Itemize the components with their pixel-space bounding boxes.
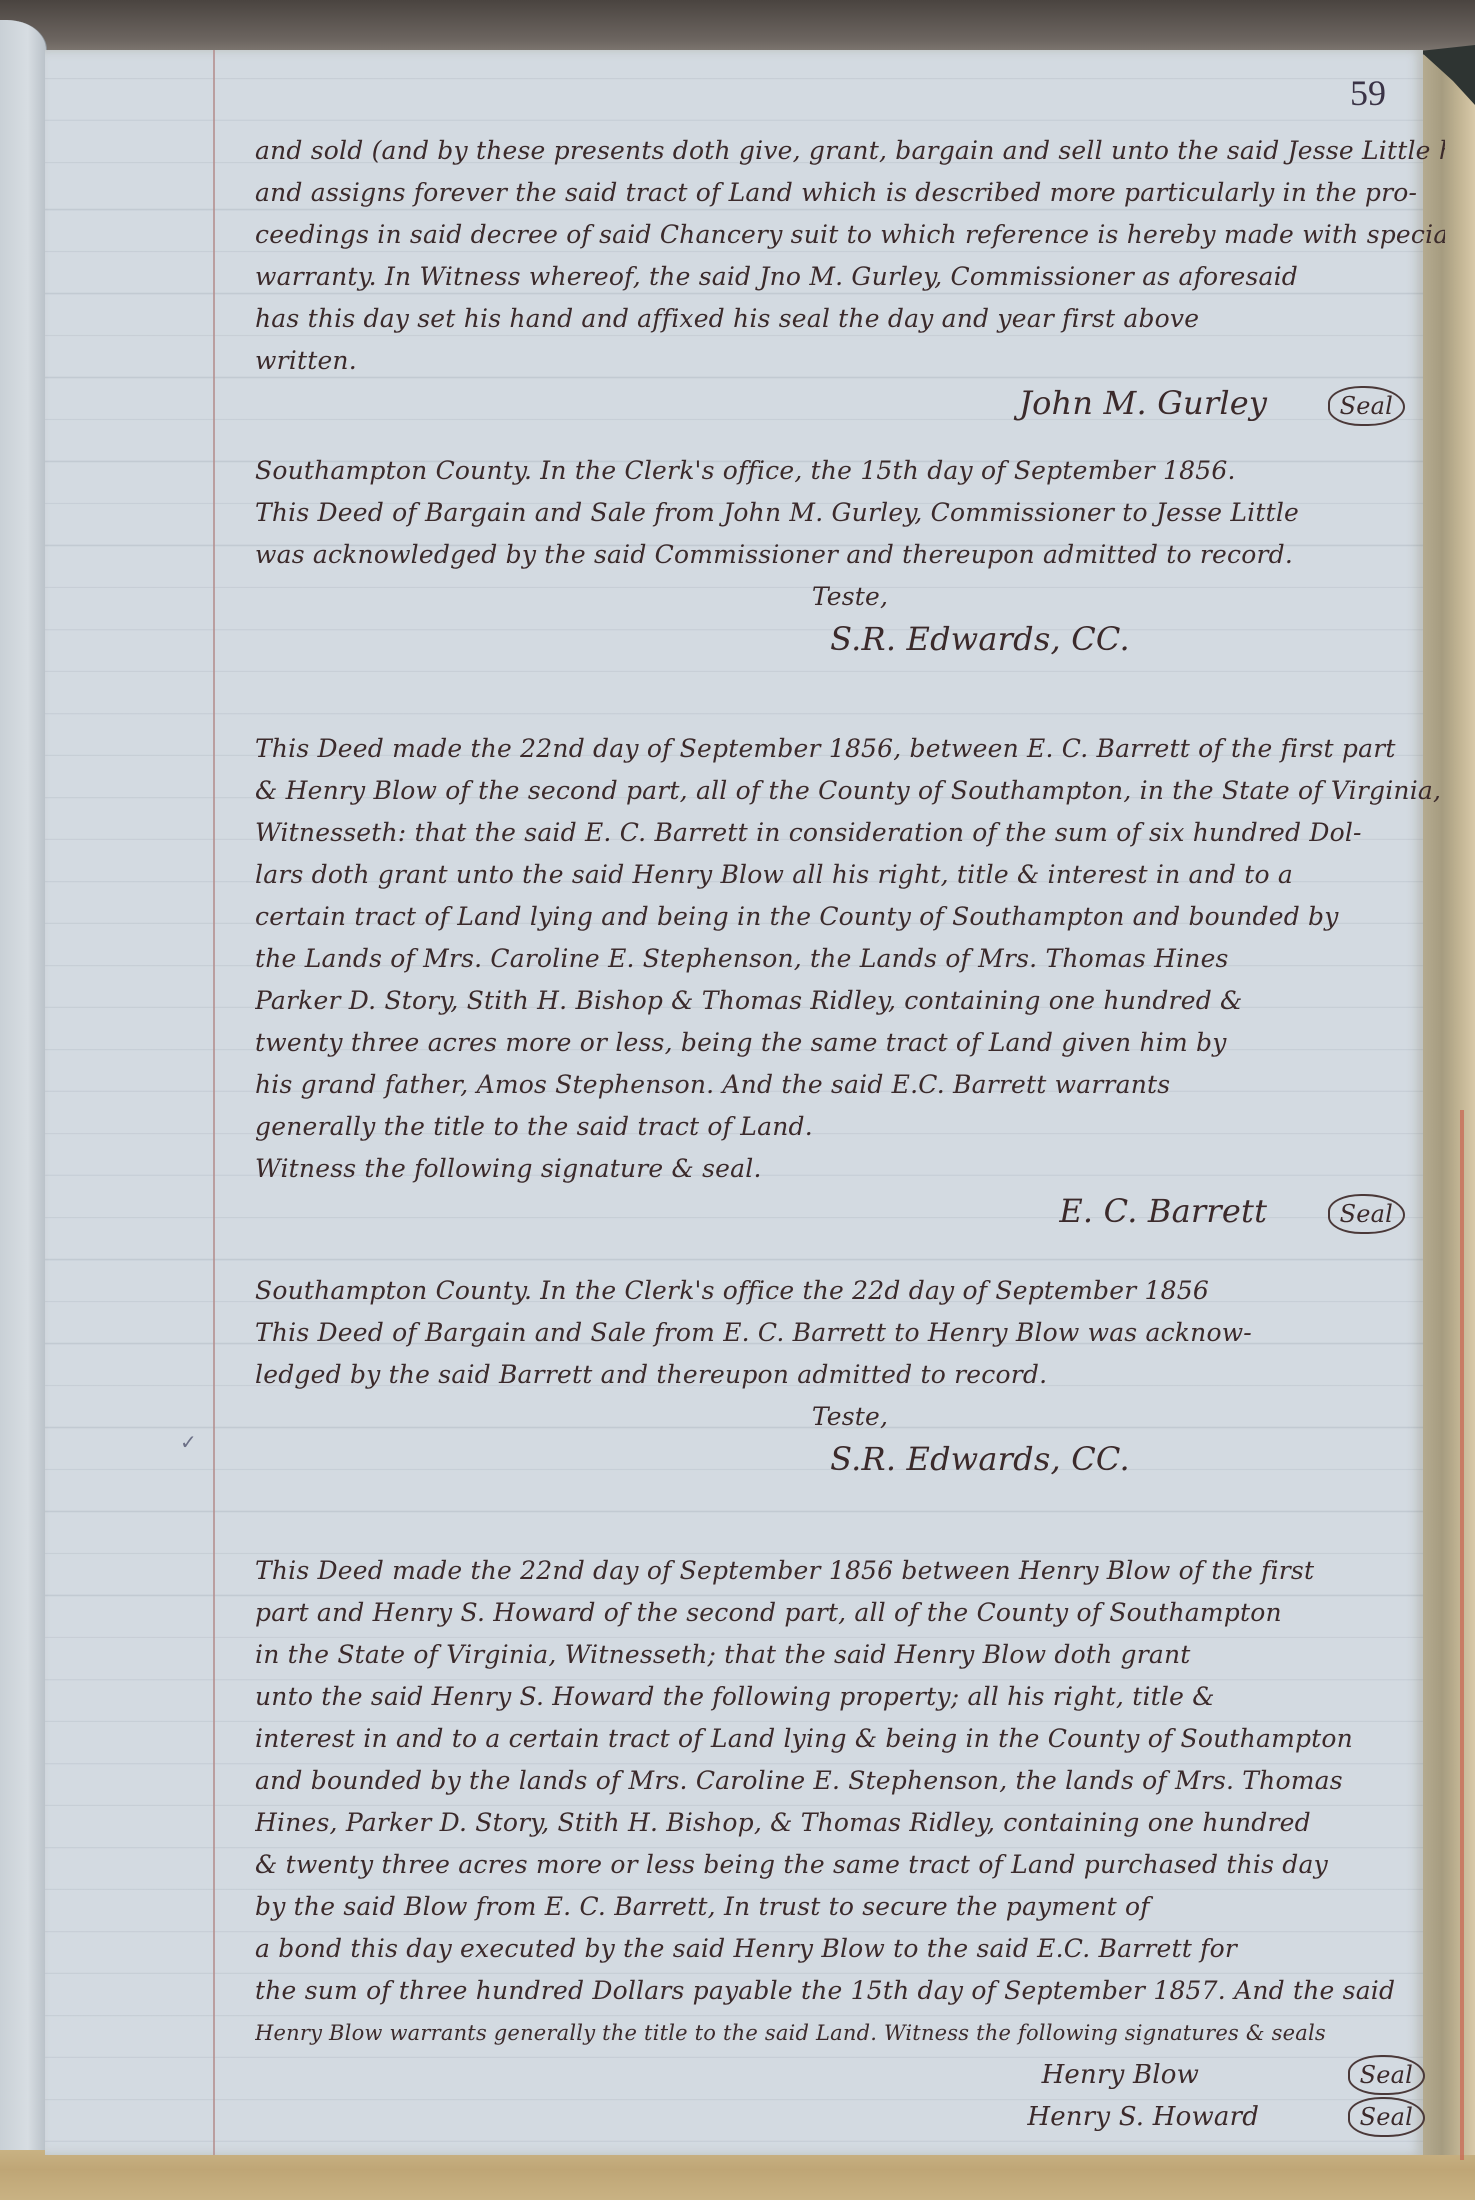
facing-page-edge <box>0 20 47 2150</box>
text-line: ledged by the said Barrett and thereupon… <box>255 1354 1445 1396</box>
text-line: This Deed of Bargain and Sale from John … <box>255 492 1445 534</box>
clerk-certificate-1: Southampton County. In the Clerk's offic… <box>255 450 1445 660</box>
text-line: interest in and to a certain tract of La… <box>255 1718 1445 1760</box>
continued-deed-text: and sold (and by these presents doth giv… <box>255 130 1445 442</box>
clerk-signature: S.R. Edwards, CC. <box>255 618 1445 660</box>
text-line: lars doth grant unto the said Henry Blow… <box>255 854 1445 896</box>
margin-rule <box>213 50 215 2155</box>
signature-row: Henry Blow Seal <box>255 2054 1445 2096</box>
text-line: generally the title to the said tract of… <box>255 1106 1445 1148</box>
text-line: ceedings in said decree of said Chancery… <box>255 214 1445 256</box>
ledger-page: 59 ✓ and sold (and by these presents dot… <box>45 50 1423 2155</box>
text-line: part and Henry S. Howard of the second p… <box>255 1592 1445 1634</box>
text-line: by the said Blow from E. C. Barrett, In … <box>255 1886 1445 1928</box>
signature: Henry Blow <box>1042 2060 1200 2090</box>
text-line: in the State of Virginia, Witnesseth; th… <box>255 1634 1445 1676</box>
red-page-edge <box>1460 1110 1464 2160</box>
checkmark-icon: ✓ <box>180 1430 197 1455</box>
text-line: This Deed made the 22nd day of September… <box>255 728 1445 770</box>
signature: Henry S. Howard <box>1027 2102 1259 2132</box>
text-line: Henry Blow warrants generally the title … <box>255 2012 1445 2054</box>
text-line: has this day set his hand and affixed hi… <box>255 298 1445 340</box>
signature-row: Henry S. Howard Seal <box>255 2096 1445 2138</box>
text-line: This Deed made the 22nd day of September… <box>255 1550 1445 1592</box>
signature-row: John M. Gurley Seal <box>255 382 1445 442</box>
text-line: was acknowledged by the said Commissione… <box>255 534 1445 576</box>
page-number: 59 <box>1350 72 1386 114</box>
clerk-signature: S.R. Edwards, CC. <box>255 1438 1445 1480</box>
signature: E. C. Barrett <box>1059 1192 1267 1230</box>
text-line: Witnesseth: that the said E. C. Barrett … <box>255 812 1445 854</box>
text-line: This Deed of Bargain and Sale from E. C.… <box>255 1312 1445 1354</box>
text-line: twenty three acres more or less, being t… <box>255 1022 1445 1064</box>
teste-label: Teste, <box>255 576 1445 618</box>
text-line: Southampton County. In the Clerk's offic… <box>255 450 1445 492</box>
text-line: his grand father, Amos Stephenson. And t… <box>255 1064 1445 1106</box>
text-line: Southampton County. In the Clerk's offic… <box>255 1270 1445 1312</box>
text-line: warranty. In Witness whereof, the said J… <box>255 256 1445 298</box>
text-line: the sum of three hundred Dollars payable… <box>255 1970 1445 2012</box>
text-line: Parker D. Story, Stith H. Bishop & Thoma… <box>255 980 1445 1022</box>
text-line: Hines, Parker D. Story, Stith H. Bishop,… <box>255 1802 1445 1844</box>
seal-icon: Seal <box>1348 2097 1425 2137</box>
text-line: a bond this day executed by the said Hen… <box>255 1928 1445 1970</box>
deed-barrett-to-blow: This Deed made the 22nd day of September… <box>255 728 1445 1250</box>
text-line: Witness the following signature & seal. <box>255 1148 1445 1190</box>
text-line: and assigns forever the said tract of La… <box>255 172 1445 214</box>
seal-icon: Seal <box>1348 2055 1425 2095</box>
text-line: unto the said Henry S. Howard the follow… <box>255 1676 1445 1718</box>
text-line: & Henry Blow of the second part, all of … <box>255 770 1445 812</box>
signature-row: E. C. Barrett Seal <box>255 1190 1445 1250</box>
signature: John M. Gurley <box>1019 384 1267 422</box>
text-line: and bounded by the lands of Mrs. Carolin… <box>255 1760 1445 1802</box>
text-line: certain tract of Land lying and being in… <box>255 896 1445 938</box>
seal-icon: Seal <box>1328 1194 1405 1234</box>
text-line: and sold (and by these presents doth giv… <box>255 130 1445 172</box>
clerk-certificate-2: Southampton County. In the Clerk's offic… <box>255 1270 1445 1480</box>
text-line: the Lands of Mrs. Caroline E. Stephenson… <box>255 938 1445 980</box>
deed-blow-to-howard: This Deed made the 22nd day of September… <box>255 1550 1445 2138</box>
seal-icon: Seal <box>1328 386 1405 426</box>
text-line: written. <box>255 340 1445 382</box>
teste-label: Teste, <box>255 1396 1445 1438</box>
text-line: & twenty three acres more or less being … <box>255 1844 1445 1886</box>
